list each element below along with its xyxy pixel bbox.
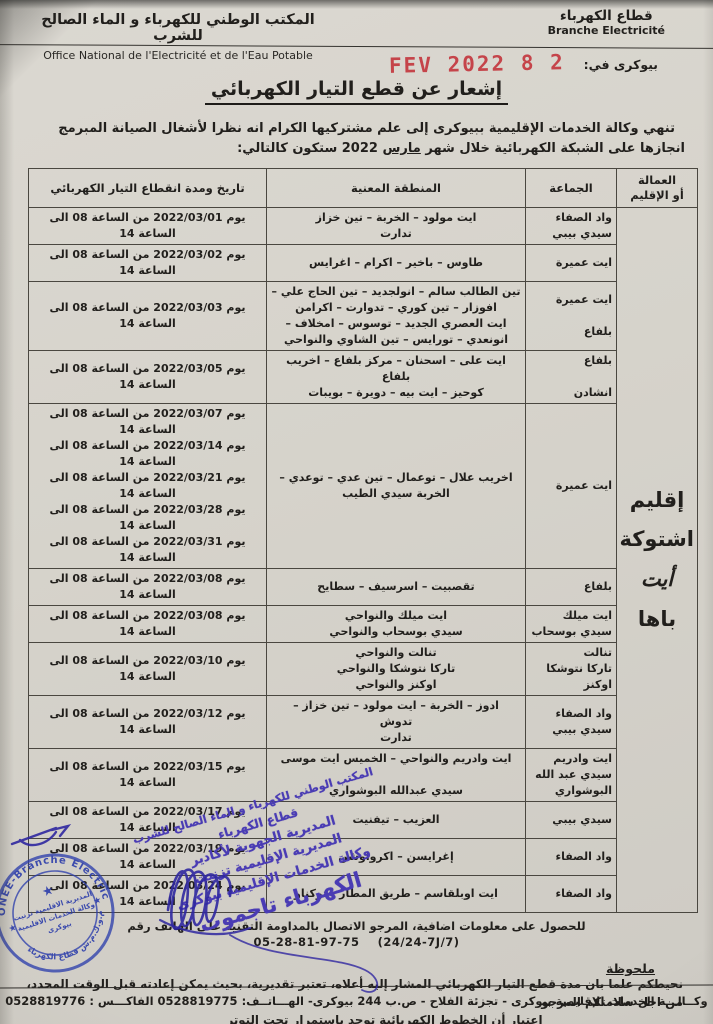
org-header-block: المكتب الوطني للكهرباء و الماء الصالح لل…	[28, 12, 328, 62]
header-province-line1: العمالة	[638, 173, 676, 187]
region-cell: ايت ميلك والنواحيسيدي بوسحاب والنواحي	[267, 606, 526, 643]
date-row: بيوكرى في: 2 8 FEV 2022	[389, 52, 658, 76]
date-cell: يوم 2022/03/05 من الساعة 08 الى الساعة 1…	[29, 351, 267, 404]
date-place-label: بيوكرى في:	[584, 57, 658, 72]
page-title: إشعار عن قطع التيار الكهربائي	[205, 78, 508, 105]
region-cell: تقصبيت – اسرسيف – سطايح	[267, 569, 526, 606]
table-row: تنالتتاركا نتوشكااوكنزتنالت والنواحيتارك…	[29, 643, 698, 696]
region-cell: ادوز – الخربة – ايت مولود – تين خزاز –تد…	[267, 696, 526, 749]
region-cell: ايت مولود – الخربة – تين خزازتدارت	[267, 208, 526, 245]
header-province-line2: أو الإقليم	[630, 188, 684, 202]
region-cell: تين الطالب سالم – انولجديد – تين الحاج ع…	[267, 282, 526, 351]
note-line-2: اعتبار أن الخطوط الكهربائية توجد باستمرا…	[26, 1012, 683, 1024]
region-cell: طاوس – باخير – اكرام – اغرايس	[267, 245, 526, 282]
header-commune: الجماعة	[526, 169, 617, 208]
province-line: باها	[620, 600, 694, 640]
commune-cell: واد الصفاءسيدي بيبي	[526, 208, 617, 245]
date-cell: يوم 2022/03/12 من الساعة 08 الى الساعة 1…	[29, 696, 267, 749]
table-row: ايت عميرةبلفاعتين الطالب سالم – انولجديد…	[29, 282, 698, 351]
date-cell: يوم 2022/03/01 من الساعة 08 الى الساعة 1…	[29, 208, 267, 245]
header-region: المنطقة المعنية	[267, 169, 526, 208]
date-cell: يوم 2022/03/08 من الساعة 08 الى الساعة 1…	[29, 569, 267, 606]
table-row: واد الصفاءسيدي بيبيادوز – الخربة – ايت م…	[29, 696, 698, 749]
commune-cell: بلفاع	[526, 569, 617, 606]
branch-name-arabic: قطاع الكهرباء	[548, 8, 665, 24]
intro-paragraph: تنهي وكالة الخدمات الإقليمية ببيوكرى إلى…	[24, 119, 685, 159]
commune-cell: واد الصفاء	[526, 839, 617, 876]
pen-scribble-mark	[6, 818, 96, 858]
date-cell: يوم 2022/03/15 من الساعة 08 الى الساعة 1…	[29, 749, 267, 802]
table-row: إقليماشتوكةأيتباهاواد الصفاءسيدي بيبيايت…	[29, 208, 698, 245]
document-page: المكتب الوطني للكهرباء و الماء الصالح لل…	[0, 0, 713, 1024]
commune-cell: سيدي بيبي	[526, 802, 617, 839]
commune-cell: واد الصفاءسيدي بيبي	[526, 696, 617, 749]
commune-cell: واد الصفاء	[526, 876, 617, 913]
branch-name-french: Branche Electricité	[548, 24, 665, 37]
province-cell: إقليماشتوكةأيتباها	[617, 208, 698, 913]
org-name-arabic: المكتب الوطني للكهرباء و الماء الصالح لل…	[28, 12, 328, 44]
org-name-french: Office National de l'Electricité et de l…	[28, 49, 328, 62]
commune-cell: بلفاعانشادن	[526, 351, 617, 404]
commune-cell: ايت عميرة	[526, 245, 617, 282]
commune-cell: تنالتتاركا نتوشكااوكنز	[526, 643, 617, 696]
table-row: ايت عميرةاخريب علال – توعمال – تين عدي –…	[29, 404, 698, 569]
commune-cell: ايت وادريمسيدي عبد اللهالبوشواري	[526, 749, 617, 802]
intro-month: مارس	[382, 141, 420, 156]
province-line: إقليم	[620, 481, 694, 521]
date-cell: يوم 2022/03/08 من الساعة 08 الى الساعة 1…	[29, 606, 267, 643]
date-cell: يوم 2022/03/07 من الساعة 08 الى الساعة 1…	[29, 404, 267, 569]
commune-cell: ايت عميرة	[526, 404, 617, 569]
province-line: اشتوكة	[620, 520, 694, 560]
date-cell: يوم 2022/03/03 من الساعة 08 الى الساعة 1…	[29, 282, 267, 351]
commune-cell: ايت ميلكسيدي بوسحاب	[526, 606, 617, 643]
header-date: تاريخ ومدة انقطاع التيار الكهربائي	[29, 169, 267, 208]
table-row: بلفاعتقصبيت – اسرسيف – سطايحيوم 2022/03/…	[29, 569, 698, 606]
intro-text-2: 2022 ستكون كالتالي:	[237, 141, 382, 156]
region-cell: ايت على – اسحنان – مركز بلفاع – اخريببلف…	[267, 351, 526, 404]
table-row: بلفاعانشادنايت على – اسحنان – مركز بلفاع…	[29, 351, 698, 404]
date-cell: يوم 2022/03/02 من الساعة 08 الى الساعة 1…	[29, 245, 267, 282]
outage-table-head: العمالة أو الإقليم الجماعة المنطقة المعن…	[29, 169, 698, 208]
branch-header-block: قطاع الكهرباء Branche Electricité	[548, 8, 665, 37]
table-row: ايت عميرةطاوس – باخير – اكرام – اغرايسيو…	[29, 245, 698, 282]
date-stamp: 2 8 FEV 2022	[389, 50, 565, 78]
stamp-star-icon: ★	[40, 883, 56, 901]
region-cell: اخريب علال – توعمال – تين عدي – توعدي –ا…	[267, 404, 526, 569]
table-header-row: العمالة أو الإقليم الجماعة المنطقة المعن…	[29, 169, 698, 208]
commune-cell: ايت عميرةبلفاع	[526, 282, 617, 351]
region-cell: تنالت والنواحيتاركا نتوشكا والنواحياوكنز…	[267, 643, 526, 696]
table-row: ايت ميلكسيدي بوسحابايت ميلك والنواحيسيدي…	[29, 606, 698, 643]
province-line: أيت	[620, 560, 694, 600]
header-province: العمالة أو الإقليم	[617, 169, 698, 208]
date-cell: يوم 2022/03/10 من الساعة 08 الى الساعة 1…	[29, 643, 267, 696]
signature-scribble	[130, 840, 430, 1005]
